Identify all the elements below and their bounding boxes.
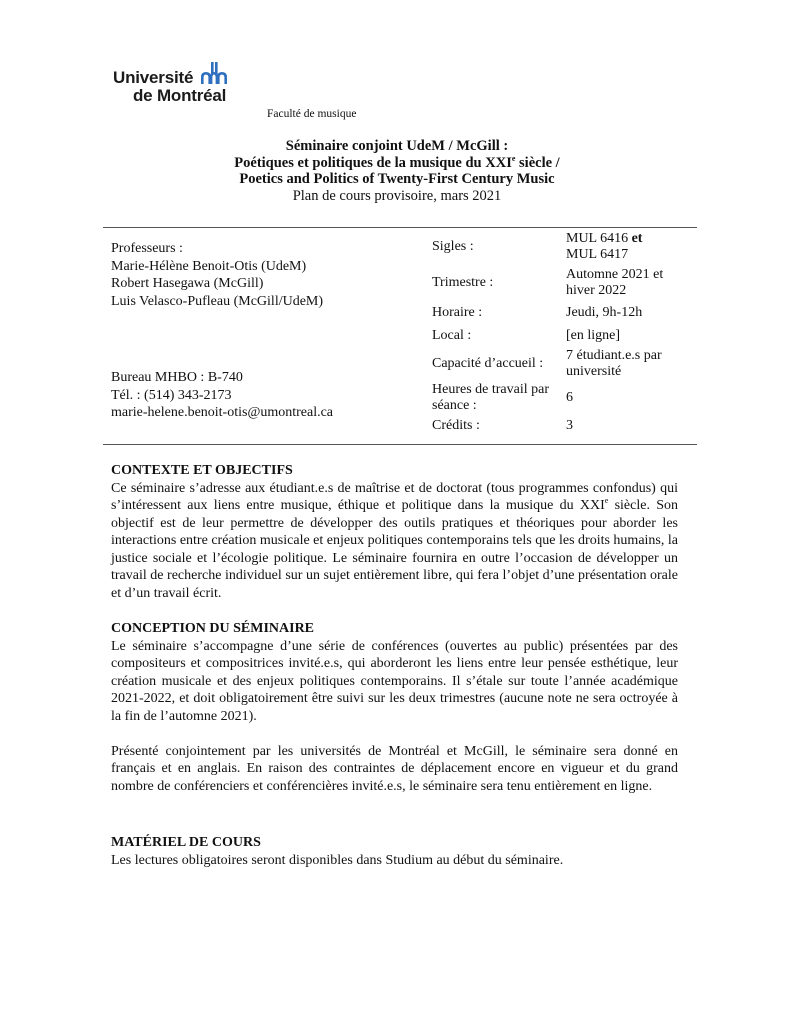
divider-top <box>103 227 697 228</box>
section-heading: CONCEPTION DU SÉMINAIRE <box>111 620 678 638</box>
professor-name: Luis Velasco-Pufleau (McGill/UdeM) <box>111 293 323 311</box>
section-conception: CONCEPTION DU SÉMINAIRE Le séminaire s’a… <box>111 620 678 795</box>
professor-name: Robert Hasegawa (McGill) <box>111 275 323 293</box>
email[interactable]: marie-helene.benoit-otis@umontreal.ca <box>111 404 333 422</box>
row-label: Horaire : <box>432 301 566 324</box>
table-row: Sigles : MUL 6416 etMUL 6417 <box>432 229 692 265</box>
row-value: 7 étudiant.e.s par université <box>566 347 692 381</box>
phone: Tél. : (514) 343-2173 <box>111 387 333 405</box>
section-paragraph: Le séminaire s’accompagne d’une série de… <box>111 638 678 726</box>
office: Bureau MHBO : B-740 <box>111 369 333 387</box>
title-line-3: Poetics and Politics of Twenty-First Cen… <box>100 171 694 188</box>
row-value: [en ligne] <box>566 324 692 347</box>
table-row: Capacité d’accueil : 7 étudiant.e.s par … <box>432 347 692 381</box>
section-heading: MATÉRIEL DE COURS <box>111 834 678 852</box>
document-title: Séminaire conjoint UdeM / McGill : Poéti… <box>100 138 694 204</box>
table-row: Crédits : 3 <box>432 415 692 437</box>
section-paragraph: Présenté conjointement par les universit… <box>111 743 678 796</box>
section-contexte: CONTEXTE ET OBJECTIFS Ce séminaire s’adr… <box>111 462 678 602</box>
row-value: 6 <box>566 381 692 415</box>
section-materiel: MATÉRIEL DE COURS Les lectures obligatoi… <box>111 834 678 869</box>
row-value: MUL 6416 etMUL 6417 <box>566 229 692 265</box>
section-paragraph: Ce séminaire s’adresse aux étudiant.e.s … <box>111 480 678 603</box>
university-logo: Université de Montréal <box>113 62 238 106</box>
row-label: Trimestre : <box>432 265 566 301</box>
table-row: Horaire : Jeudi, 9h-12h <box>432 301 692 324</box>
row-value: 3 <box>566 415 692 437</box>
divider-bottom <box>103 444 697 445</box>
table-row: Heures de travail par séance : 6 <box>432 381 692 415</box>
table-row: Local : [en ligne] <box>432 324 692 347</box>
row-label: Crédits : <box>432 415 566 437</box>
table-row: Trimestre : Automne 2021 et hiver 2022 <box>432 265 692 301</box>
row-label: Sigles : <box>432 229 566 265</box>
udem-organ-pipes-icon <box>200 62 228 84</box>
row-label: Heures de travail par séance : <box>432 381 566 415</box>
title-line-4: Plan de cours provisoire, mars 2021 <box>100 188 694 205</box>
section-heading: CONTEXTE ET OBJECTIFS <box>111 462 678 480</box>
row-value: Automne 2021 et hiver 2022 <box>566 265 692 301</box>
logo-text-line1: Université <box>113 68 193 88</box>
row-label: Capacité d’accueil : <box>432 347 566 381</box>
row-label: Local : <box>432 324 566 347</box>
title-line-2: Poétiques et politiques de la musique du… <box>100 155 694 172</box>
contact-block: Bureau MHBO : B-740 Tél. : (514) 343-217… <box>111 369 333 422</box>
professor-name: Marie-Hélène Benoit-Otis (UdeM) <box>111 258 323 276</box>
professors-label: Professeurs : <box>111 240 323 258</box>
section-paragraph: Les lectures obligatoires seront disponi… <box>111 852 678 870</box>
title-line-1: Séminaire conjoint UdeM / McGill : <box>100 138 694 155</box>
professors-block: Professeurs : Marie-Hélène Benoit-Otis (… <box>111 240 323 310</box>
course-info-table: Sigles : MUL 6416 etMUL 6417 Trimestre :… <box>432 229 692 437</box>
logo-text-line2: de Montréal <box>133 86 226 106</box>
faculty-name: Faculté de musique <box>267 108 356 120</box>
row-value: Jeudi, 9h-12h <box>566 301 692 324</box>
